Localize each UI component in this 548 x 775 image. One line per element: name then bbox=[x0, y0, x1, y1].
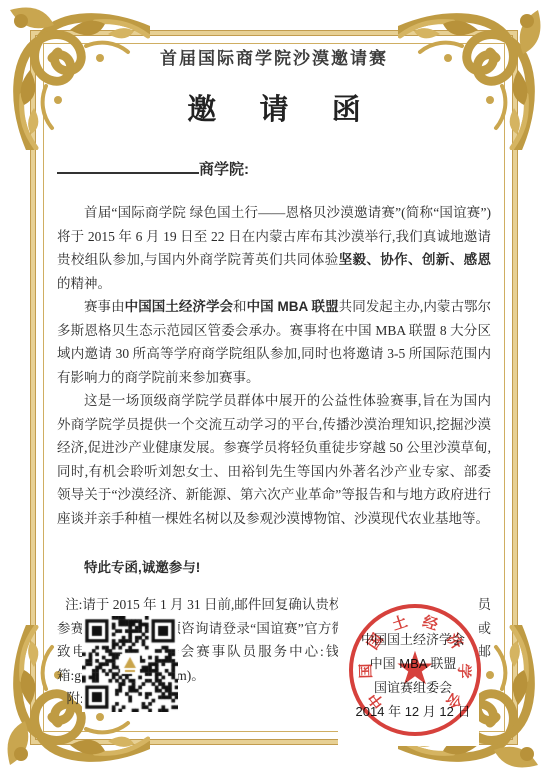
paragraph-1: 首届“国际商学院 绿色国土行——恩格贝沙漠邀请赛”(简称“国谊赛”)将于 201… bbox=[57, 201, 491, 295]
official-red-seal: ★ 中国国土经济学会 bbox=[349, 604, 481, 736]
paragraph-3: 这是一场顶级商学院学员群体中展开的公益性体验赛事,旨在为国内外商学院学员提供一个… bbox=[57, 389, 491, 530]
wechat-qr-canvas bbox=[82, 616, 178, 712]
closing-line: 特此专函,诚邀参与! bbox=[57, 556, 491, 579]
letter-heading: 邀 请 函 bbox=[57, 87, 491, 128]
paragraph-2: 赛事由中国国土经济学会和中国 MBA 联盟共同发起主办,内蒙古鄂尔多斯恩格贝生态… bbox=[57, 295, 491, 389]
recipient-suffix: 商学院: bbox=[199, 161, 249, 178]
invitation-letter-page: 首届国际商学院沙漠邀请赛 邀 请 函 商学院: 首届“国际商学院 绿色国土行——… bbox=[0, 0, 548, 775]
seal-arc-char: 国 bbox=[359, 663, 375, 679]
wechat-qr-code bbox=[82, 616, 178, 712]
recipient-blank-underline bbox=[57, 158, 199, 174]
seal-arc-char: 学 bbox=[455, 663, 471, 679]
event-title: 首届国际商学院沙漠邀请赛 bbox=[57, 44, 491, 69]
seal-star-icon: ★ bbox=[394, 646, 435, 692]
salutation-line: 商学院: bbox=[57, 158, 491, 179]
